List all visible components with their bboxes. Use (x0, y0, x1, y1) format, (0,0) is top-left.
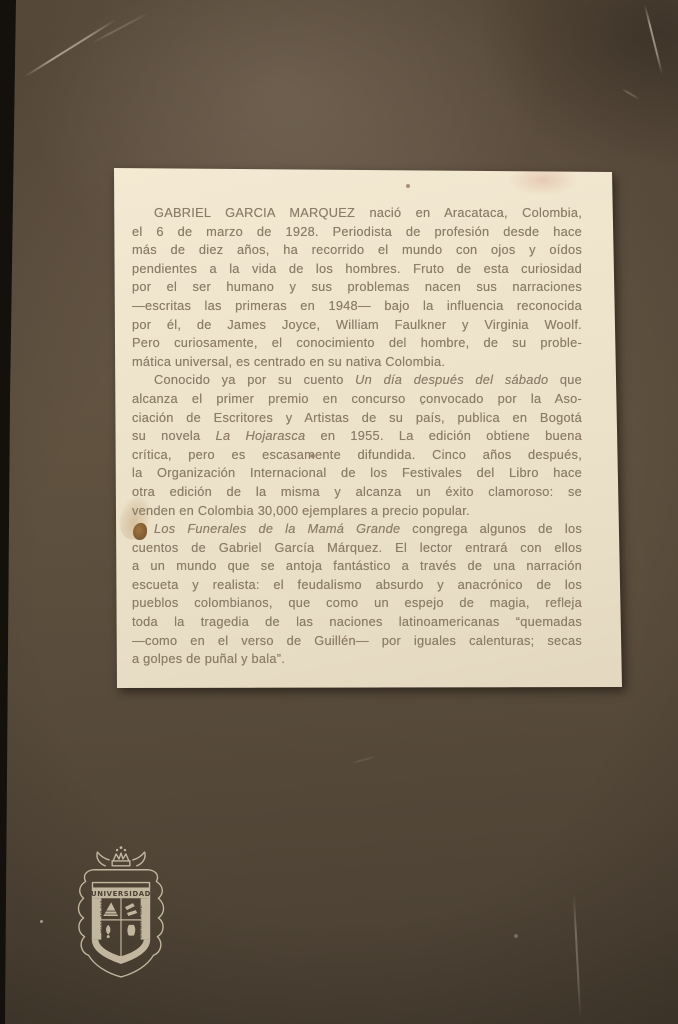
text-line: pueblos colombianos, que como un espejo … (132, 594, 582, 613)
seal-banner-text: UNIVERSIDAD (91, 890, 151, 898)
text-line: más de diez años, ha recorrido el mundo … (132, 241, 582, 260)
scratch-mark (573, 894, 581, 1018)
text-line: —escritas las primeras en 1948— bajo la … (132, 297, 582, 316)
text-line: —como en el verso de Guillén— por iguale… (132, 632, 582, 651)
text-line: Conocido ya por su cuento Un día después… (132, 371, 582, 390)
seal-fleur-icon (106, 925, 110, 935)
text-segment: Conocido ya por su cuento (154, 372, 355, 387)
scratch-mark (622, 88, 640, 99)
university-seal: UNIVERSIDAD LIS DE VERA CIENCIA LUZ CRUZ… (62, 843, 180, 985)
seal-motto-left: LIS DE VERA (98, 901, 104, 934)
text-line: a un mundo que se antoja fantástico a tr… (132, 557, 582, 576)
seal-book-icon (127, 910, 137, 916)
scratch-mark (514, 934, 518, 938)
text-line: a golpes de puñal y bala”. (132, 650, 582, 669)
seal-crown-icon (113, 853, 129, 861)
seal-flame-icon (116, 849, 118, 851)
text-line: la Organización Internacional de los Fes… (132, 464, 582, 483)
seal-flame-icon (124, 849, 126, 851)
text-line: ciación de Escritores y Artistas de su p… (132, 409, 582, 428)
text-line: pendientes a la vida de los hombres. Fru… (132, 260, 582, 279)
seal-crown-base (112, 861, 130, 866)
seal-flame-icon (120, 846, 123, 849)
book-cover: GABRIEL GARCIA MARQUEZ nació en Aracatac… (0, 0, 678, 1024)
text-line: Pero curiosamente, el conocimiento del h… (132, 334, 582, 353)
text-line: crítica, pero es escasamente difundida. … (132, 446, 582, 465)
text-line: Los Funerales de la Mamá Grande congrega… (132, 520, 582, 539)
text-segment: su novela (132, 428, 216, 443)
text-line: mática universal, es centrado en su nati… (132, 353, 582, 372)
text-segment-italic: Los Funerales de la Mamá Grande (154, 521, 400, 536)
seal-leaf-icon (97, 852, 109, 866)
text-line: alcanza el primer premio en concurso con… (132, 390, 582, 409)
text-line: por él, de James Joyce, William Faulkner… (132, 316, 582, 335)
seal-leaf-icon (133, 852, 145, 866)
text-line: otra edición de la misma y alcanza un éx… (132, 483, 582, 502)
scratch-mark (352, 755, 378, 763)
scratch-mark (644, 5, 663, 75)
text-line: por el ser humano y sus problemas nacen … (132, 278, 582, 297)
text-segment: que (548, 372, 582, 387)
text-segment-italic: Un día después del sábado (355, 372, 548, 387)
seal-figure-icon (127, 925, 135, 936)
text-line: venden en Colombia 30,000 ejemplares a p… (132, 502, 582, 521)
biography-text: GABRIEL GARCIA MARQUEZ nació en Aracatac… (132, 204, 582, 669)
text-line: GABRIEL GARCIA MARQUEZ nació en Aracatac… (132, 204, 582, 223)
text-segment: en 1955. La edición obtiene buena (305, 428, 582, 443)
text-segment-italic: La Hojarasca (216, 428, 306, 443)
seal-motto-right: CIENCIA LUZ (138, 905, 144, 938)
stain (406, 184, 410, 188)
text-line: el 6 de marzo de 1928. Periodista de pro… (132, 223, 582, 242)
scratch-mark (24, 19, 116, 78)
paper-label-surface: GABRIEL GARCIA MARQUEZ nació en Aracatac… (110, 162, 624, 690)
paper-label: GABRIEL GARCIA MARQUEZ nació en Aracatac… (110, 162, 624, 690)
text-line: toda la tragedia de las naciones latinoa… (132, 613, 582, 632)
text-line: escueta y realista: el feudalismo absurd… (132, 576, 582, 595)
text-segment: congrega algunos de los (400, 521, 582, 536)
text-line: cuentos de Gabriel García Márquez. El le… (132, 539, 582, 558)
scratch-mark (40, 920, 43, 923)
stain (508, 164, 578, 196)
seal-book-icon (125, 903, 135, 910)
text-line: su novela La Hojarasca en 1955. La edici… (132, 427, 582, 446)
book-back-cover-photo: GABRIEL GARCIA MARQUEZ nació en Aracatac… (0, 0, 678, 1024)
seal-fleur-dot (107, 935, 110, 938)
